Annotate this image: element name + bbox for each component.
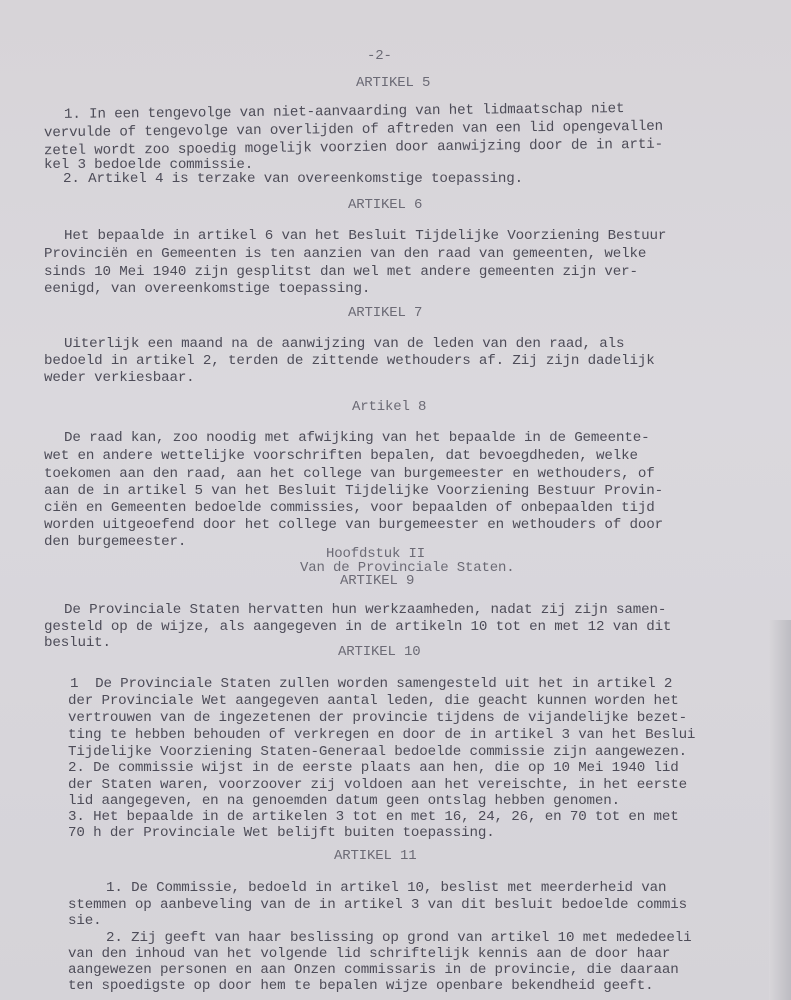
article-11-line: 1. De Commissie, bedoeld in artikel 10, … [106, 880, 666, 896]
article-7-line: Uiterlijk een maand na de aanwijzing van… [64, 336, 624, 352]
article-8-line: ciën en Gemeenten bedoelde commissies, v… [44, 500, 655, 516]
article-10-line: der Staten waren, voorzoover zij voldoen… [68, 777, 687, 793]
article-10-line: ting te hebben behouden of verkregen en … [68, 727, 695, 743]
article-9-line: besluit. [44, 635, 111, 651]
article-10-heading: ARTIKEL 10 [338, 644, 421, 660]
article-10-line: 3. Het bepaalde in de artikelen 3 tot en… [68, 809, 679, 825]
article-5-heading: ARTIKEL 5 [356, 75, 430, 91]
article-10-line: 1 De Provinciale Staten zullen worden sa… [70, 676, 672, 692]
article-6-line: eenigd, van overeenkomstige toepassing. [44, 281, 370, 297]
article-6-heading: ARTIKEL 6 [348, 197, 422, 213]
article-5-line: 2. Artikel 4 is terzake van overeenkomst… [63, 171, 523, 187]
page-edge-shadow [769, 620, 791, 1000]
article-7-heading: ARTIKEL 7 [348, 305, 422, 321]
article-9-line: De Provinciale Staten hervatten hun werk… [64, 602, 666, 618]
page-number: -2- [367, 48, 392, 64]
article-8-line: aan de in artikel 5 van het Besluit Tijd… [44, 483, 663, 499]
article-8-line: toekomen aan den raad, aan het college v… [44, 466, 655, 482]
article-11-line: stemmen op aanbeveling van de in artikel… [68, 897, 687, 913]
article-8-line: De raad kan, zoo noodig met afwijking va… [64, 430, 649, 446]
article-10-line: vertrouwen van de ingezetenen der provin… [68, 710, 687, 726]
article-8-line: wet en andere wettelijke voorschriften b… [44, 448, 638, 464]
article-7-line: weder verkiesbaar. [44, 370, 195, 386]
article-6-line: Het bepaalde in artikel 6 van het Beslui… [64, 228, 666, 244]
article-9-line: gesteld op de wijze, als aangegeven in d… [44, 619, 671, 635]
article-8-line: den burgemeester. [44, 534, 186, 550]
article-6-line: sinds 10 Mei 1940 zijn gesplitst dan wel… [44, 264, 638, 280]
article-11-line: 2. Zij geeft van haar beslissing op gron… [106, 930, 691, 946]
article-6-line: Provinciën en Gemeenten is ten aanzien v… [44, 246, 646, 262]
article-11-line: sie. [68, 913, 101, 929]
document-page: -2- ARTIKEL 5 1. In een tengevolge van n… [0, 0, 791, 1000]
article-10-line: der Provinciale Wet aangegeven aantal le… [68, 693, 679, 709]
article-11-line: van den inhoud van het volgende lid schr… [68, 946, 670, 962]
article-10-line: 2. De commissie wijst in de eerste plaat… [68, 760, 679, 776]
article-8-line: worden uitgeoefend door het college van … [44, 517, 663, 533]
article-10-line: lid aangegeven, en na genoemden datum ge… [68, 793, 620, 809]
article-11-line: ten spoedigste op door hem te bepalen wi… [68, 978, 653, 994]
article-10-line: Tijdelijke Voorziening Staten-Generaal b… [68, 744, 687, 760]
article-9-heading: ARTIKEL 9 [340, 573, 414, 589]
article-8-heading: Artikel 8 [352, 399, 426, 415]
article-10-line: 70 h der Provinciale Wet belijft buiten … [68, 825, 495, 841]
article-11-line: aangewezen personen en aan Onzen commiss… [68, 962, 679, 978]
article-7-line: bedoeld in artikel 2, terden de zittende… [44, 353, 655, 369]
article-11-heading: ARTIKEL 11 [334, 848, 417, 864]
